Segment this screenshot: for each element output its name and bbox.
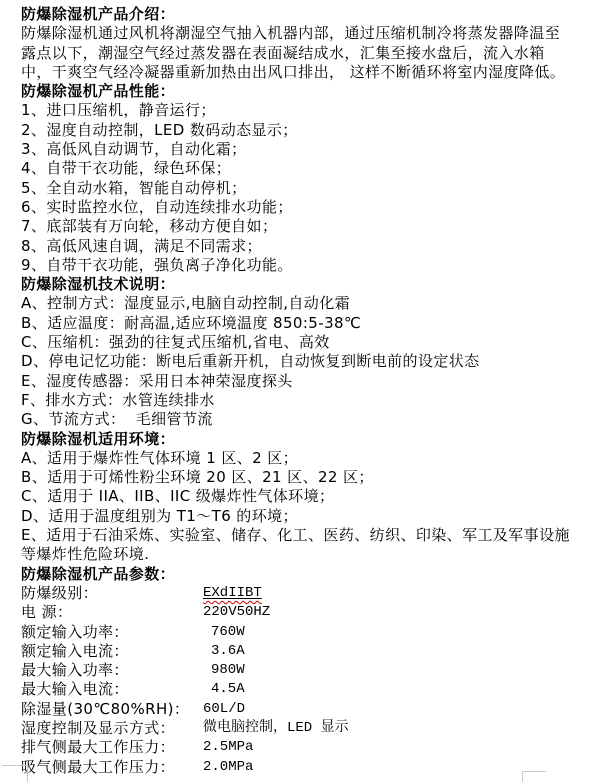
performance-item: 7、底部装有万向轮，移动方便自如； bbox=[21, 217, 571, 236]
spec-row-dehumidifying-capacity: 除湿量(30℃80%RH)： 60L/D bbox=[21, 700, 571, 719]
spec-label: 最大输入功率： bbox=[21, 661, 203, 680]
underlined-text: EXdIIBT bbox=[203, 585, 262, 601]
tech-item: E、湿度传感器：采用日本神荣湿度探头 bbox=[21, 372, 571, 391]
performance-item: 9、自带干衣功能，强负离子净化功能。 bbox=[21, 256, 571, 275]
spec-row-suction-side-max-pressure: 吸气侧最大工作压力： 2.0MPa bbox=[21, 758, 571, 777]
tech-item: B、适应温度：耐高温,适应环境温度 850:5-38℃ bbox=[21, 314, 571, 333]
spec-label: 湿度控制及显示方式： bbox=[21, 719, 203, 738]
performance-item: 8、高低风速自调，满足不同需求； bbox=[21, 237, 571, 256]
performance-item: 6、实时监控水位，自动连续排水功能； bbox=[21, 198, 571, 217]
performance-item: 4、自带干衣功能，绿色环保； bbox=[21, 159, 571, 178]
page-margin-corner-mark-left bbox=[2, 765, 28, 782]
page-margin-corner-mark-right bbox=[522, 771, 546, 782]
spec-value: 760W bbox=[203, 623, 245, 642]
spec-row-humidity-control-display: 湿度控制及显示方式： 微电脑控制，LED 显示 bbox=[21, 719, 571, 738]
performance-item: 5、全自动水箱，智能自动停机； bbox=[21, 179, 571, 198]
spec-label: 额定输入功率： bbox=[21, 623, 203, 642]
spec-value: 4.5A bbox=[203, 680, 245, 699]
spec-label: 电 源： bbox=[21, 603, 203, 622]
intro-paragraph: 防爆除湿机通过风机将潮湿空气抽入机器内部，通过压缩机制冷将蒸发器降温至露点以下，… bbox=[21, 24, 571, 82]
performance-heading: 防爆除湿机产品性能： bbox=[21, 82, 571, 101]
tech-item: C、压缩机：强劲的往复式压缩机,省电、高效 bbox=[21, 333, 571, 352]
spec-row-max-input-current: 最大输入电流： 4.5A bbox=[21, 680, 571, 699]
spec-value: 2.0MPa bbox=[203, 758, 253, 777]
spec-label: 排气侧最大工作压力： bbox=[21, 738, 203, 757]
intro-heading: 防爆除湿机产品介绍： bbox=[21, 5, 571, 24]
tech-item: A、控制方式：湿度显示,电脑自动控制,自动化霜 bbox=[21, 294, 571, 313]
spec-value: 980W bbox=[203, 661, 245, 680]
spec-row-exhaust-side-max-pressure: 排气侧最大工作压力： 2.5MPa bbox=[21, 738, 571, 757]
spec-label: 吸气侧最大工作压力： bbox=[21, 758, 203, 777]
spec-value: 2.5MPa bbox=[203, 738, 253, 757]
document-page: 防爆除湿机产品介绍： 防爆除湿机通过风机将潮湿空气抽入机器内部，通过压缩机制冷将… bbox=[0, 0, 591, 782]
environment-item: D、适用于温度组别为 T1～T6 的环境； bbox=[21, 507, 571, 526]
environment-item: B、适用于可烯性粉尘环境 20 区、21 区、22 区； bbox=[21, 468, 571, 487]
environment-item: E、适用于石油采炼、实验室、储存、化工、医药、纺织、印染、军工及军事设施等爆炸性… bbox=[21, 526, 571, 565]
spec-row-max-input-power: 最大输入功率： 980W bbox=[21, 661, 571, 680]
environment-item: A、适用于爆炸性气体环境 1 区、2 区； bbox=[21, 449, 571, 468]
spec-row-power-supply: 电 源： 220V50HZ bbox=[21, 603, 571, 622]
spec-row-explosion-proof-grade: 防爆级别： EXdIIBT bbox=[21, 584, 571, 603]
tech-item: G、节流方式： 毛细管节流 bbox=[21, 410, 571, 429]
spec-row-rated-input-current: 额定输入电流： 3.6A bbox=[21, 642, 571, 661]
spec-label: 额定输入电流： bbox=[21, 642, 203, 661]
spec-label: 最大输入电流： bbox=[21, 680, 203, 699]
spellcheck-squiggle-text: EXdIIBT bbox=[203, 585, 262, 601]
tech-item: F、排水方式：水管连续排水 bbox=[21, 391, 571, 410]
spec-value: 3.6A bbox=[203, 642, 245, 661]
tech-heading: 防爆除湿机技术说明： bbox=[21, 275, 571, 294]
performance-item: 3、高低风自动调节，自动化霜； bbox=[21, 140, 571, 159]
spec-value: EXdIIBT bbox=[203, 584, 262, 603]
spec-value: 60L/D bbox=[203, 700, 245, 719]
performance-item: 2、湿度自动控制，LED 数码动态显示； bbox=[21, 121, 571, 140]
environment-heading: 防爆除湿机适用环境： bbox=[21, 430, 571, 449]
environment-item: C、适用于 IIA、IIB、IIC 级爆炸性气体环境； bbox=[21, 487, 571, 506]
spec-label: 防爆级别： bbox=[21, 584, 203, 603]
params-heading: 防爆除湿机产品参数： bbox=[21, 565, 571, 584]
performance-item: 1、进口压缩机，静音运行； bbox=[21, 101, 571, 120]
tech-item: D、停电记忆功能：断电后重新开机，自动恢复到断电前的设定状态 bbox=[21, 352, 571, 371]
spec-label: 除湿量(30℃80%RH)： bbox=[21, 700, 203, 719]
spec-value: 微电脑控制，LED 显示 bbox=[203, 719, 349, 738]
spec-row-rated-input-power: 额定输入功率： 760W bbox=[21, 623, 571, 642]
spec-value: 220V50HZ bbox=[203, 603, 270, 622]
